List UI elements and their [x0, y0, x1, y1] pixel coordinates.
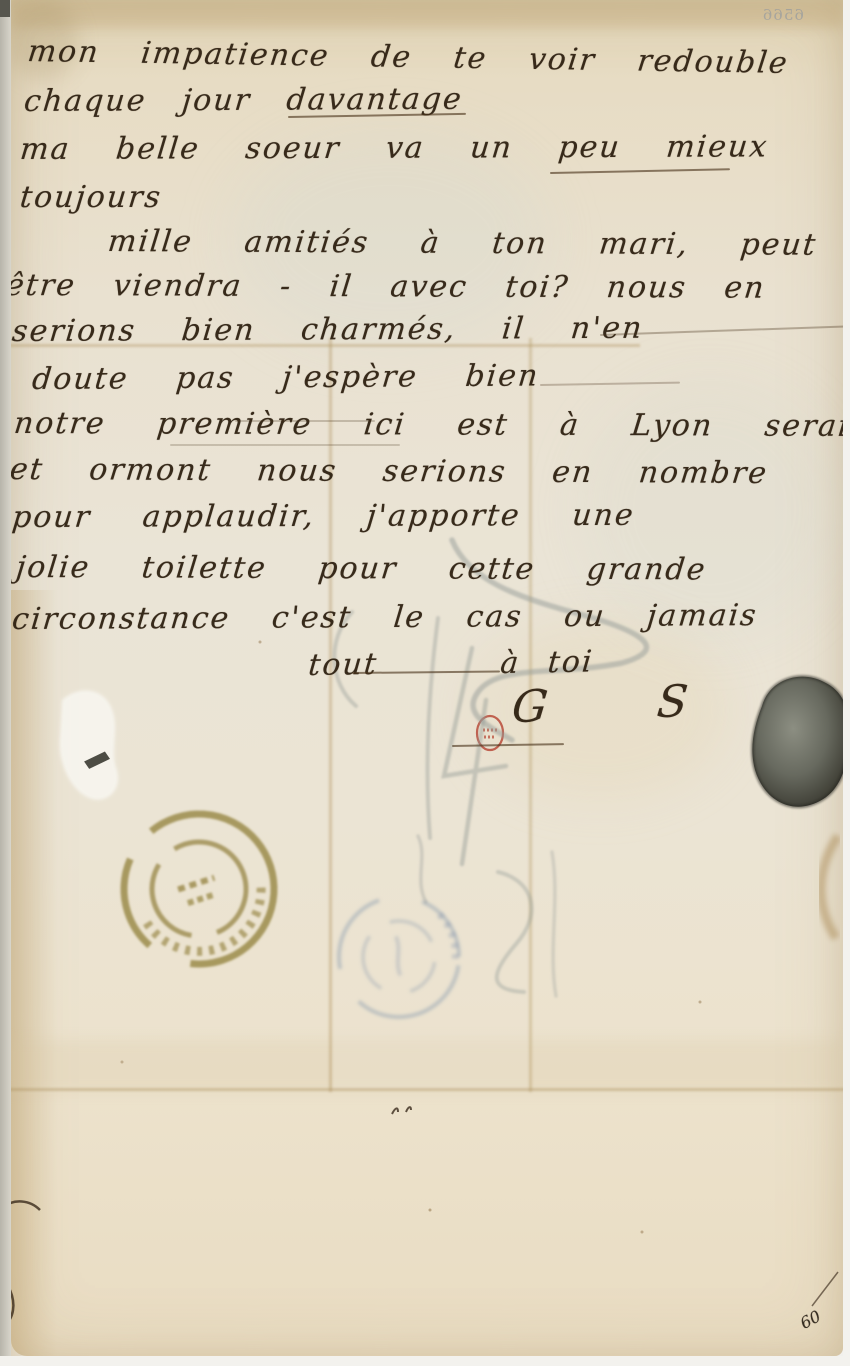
letter-closing: tout: [307, 647, 380, 683]
letter-line: être viendra - il avec toi? nous en: [4, 268, 767, 306]
letter-line: doute pas j'espère bien: [31, 358, 542, 397]
letter-line: circonstance c'est le cas ou jamais: [11, 598, 760, 637]
letter-closing-2: à toi: [499, 644, 595, 681]
scan-edge-right: [843, 0, 850, 1366]
scan-edge-notch: [0, 0, 10, 17]
scan-edge-left: [0, 0, 11, 1366]
faint-bleedthrough-number: 6566: [762, 6, 804, 24]
scan-edge-bottom: [0, 1356, 850, 1366]
letter-line: mille amitiés à ton mari, peut: [106, 224, 819, 263]
letter-line: pour applaudir, j'apporte une: [10, 498, 636, 535]
letter-line: toujours: [18, 180, 164, 215]
signature-initials: G S: [510, 674, 739, 733]
letter-line: notre première ici est à Lyon serait: [12, 406, 850, 444]
letter-scan: mon impatience de te voir redouble chaqu…: [0, 0, 850, 1366]
letter-line: et ormont nous serions en nombre: [8, 452, 770, 491]
letter-line: ma belle soeur va un peu mieux: [18, 129, 770, 167]
letter-line: serions bien charmés, il n'en: [11, 311, 646, 349]
letter-line: chaque jour davantage: [23, 82, 465, 119]
letter-line: jolie toilette pour cette grande: [14, 550, 708, 587]
